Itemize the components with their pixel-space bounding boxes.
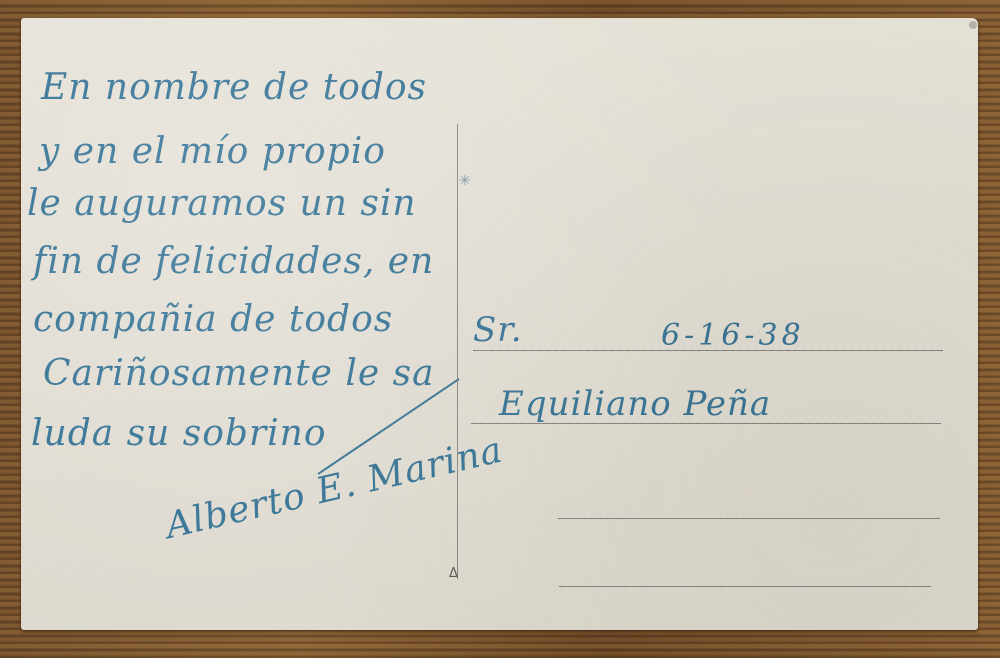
date: 6-16-38 — [661, 318, 805, 353]
recipient-name: Equiliano Peña — [499, 384, 771, 424]
address-line-1 — [473, 350, 943, 351]
message-line: le auguramos un sin — [27, 186, 417, 222]
ink-smudge: ✳ — [459, 173, 471, 190]
center-divider — [457, 124, 458, 579]
corner-wear — [969, 21, 977, 29]
message-line: fin de felicidades, en — [33, 244, 434, 280]
address-line-4 — [559, 586, 931, 587]
address-line-3 — [558, 518, 940, 519]
message-line: compañia de todos — [33, 302, 393, 338]
postcard: En nombre de todos y en el mío propio le… — [21, 18, 978, 630]
message-line: y en el mío propio — [39, 134, 386, 170]
salutation: Sr. — [473, 310, 523, 350]
message-line: Cariñosamente le sa — [43, 356, 435, 392]
message-line: En nombre de todos — [41, 70, 427, 106]
triangle-mark: Δ — [449, 566, 458, 581]
message-line: luda su sobrino — [31, 416, 327, 452]
address-line-2 — [471, 423, 941, 424]
